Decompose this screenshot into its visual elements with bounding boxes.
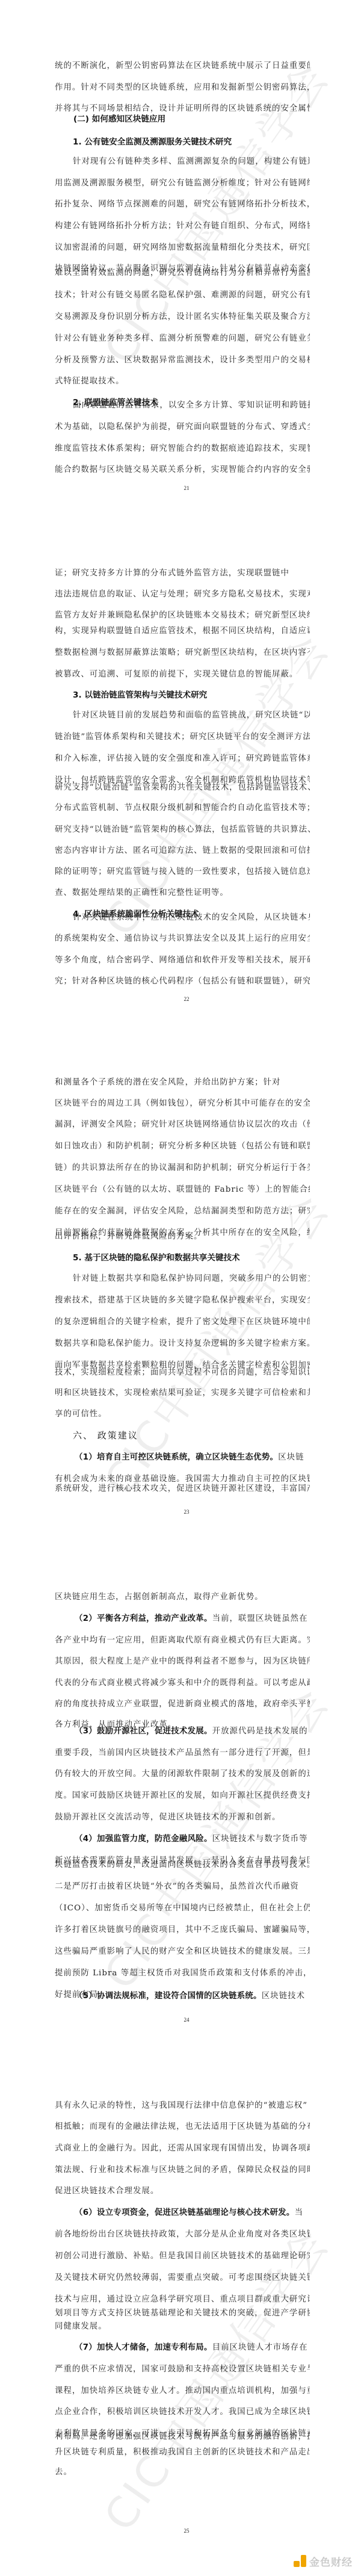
body-line: 技术；针对公有链交易匿名隐私保护强、难溯源的问题，研究公有链	[55, 290, 310, 301]
policy-item-label: （7）加快人才储备，加速专利布局。	[75, 2343, 212, 2352]
body-line: 漏洞，评测安全风险；研究针对区块链网络通信协议层次的攻击（例	[55, 1119, 310, 1130]
body-line: 分布式监管机制、节点权限分级机制和智能合约自动化监管技术等；	[55, 803, 310, 814]
body-line: 构建公有链网络拓扑分析方法；针对公有链自组织、分布式，网络协	[55, 221, 310, 232]
policy-item-text: 区块链	[278, 1453, 304, 1462]
body-line: 的系统架构安全、通信协议与共识算法安全以及其上运行的应用安全	[55, 933, 310, 944]
body-line: 代表的分布式商业模式将减少寡头和中介的既得利益。可以考虑从政	[55, 1678, 310, 1689]
policy-item-1: （1）培育自主可控区块链系统，确立区块链生态优势。区块链	[75, 1452, 310, 1463]
body-line: 针对链上数据共享和隐私保护协同问题，突破多用户的公钥密文	[73, 1274, 310, 1284]
body-line: 式商业上的金融行为。因此，还需从国家现有国情出发，协调各项政	[55, 2143, 310, 2154]
subsection-heading: 1. 公有链安全监测及溯源服务关键技术研究	[73, 137, 232, 147]
body-line: 相抵触；而现有的金融法律法规，也无法适用于区块链为基础的分布	[55, 2122, 310, 2132]
body-line: 利布局。还需考虑加强区块链技术与既有产品与服务的融合创新，提	[55, 2432, 310, 2442]
body-line: 这些骗局严重影响了人民的财产安全和区块链技术的健康发展。三是	[55, 1946, 310, 1957]
body-line: 证；研究支持多方计算的分布式链外监管方法，实现联盟链中	[55, 568, 310, 579]
policy-item-text: 当前，联盟区块链虽然在	[212, 1614, 308, 1623]
body-line: 区块链平台的周边工具（例如钱包），研究分析其中可能存在的安全	[55, 1098, 310, 1109]
watermark: CIC中国通信学会	[87, 2214, 342, 2541]
body-line: 促进区块链技术合理发展。	[55, 2186, 310, 2197]
body-line: 仍有较大的开放空间。大量的闭源软件限制了技术的发展及创新的速	[55, 1769, 310, 1780]
body-line: 府的角度扶持成立产业联盟，促进新商业模式的落地，政府牵头平衡	[55, 1699, 310, 1710]
body-line: 被篡改、可追溯、可复原的前提下，实现关键信息的智能屏蔽。	[55, 669, 310, 680]
body-line: 针对现有公有链种类多样、监测溯源复杂的问题，构建公有链通	[73, 156, 310, 167]
policy-item-5: （5）协调法规标准，建设符合国情的区块链系统。区块链技术	[75, 1991, 310, 2002]
policy-item-label: （3）鼓励开源社区，促进技术发展。	[75, 1727, 212, 1736]
body-line: 同健康发展。	[55, 2321, 310, 2332]
policy-item-text: 开放源代码是技术发展的	[212, 1727, 308, 1736]
body-line: 策法规、行业和技术标准与区块链之间的矛盾，保障民众权益的同时	[55, 2165, 310, 2176]
body-line: 链）的共识算法所存在的协议漏洞和防护机制；研究分析运行于各类	[55, 1163, 310, 1174]
policy-item-label: （6）设立专项资金，促进区块链基础理论与核心技术研发。	[75, 2208, 295, 2217]
body-line: 并将其与不同场景相结合，设计并证明所得的区块链系统的安全属性。	[55, 104, 310, 114]
body-line: 的复杂逻辑组合的关键字检索，提升了密文处理下在区块链环境中的	[55, 1317, 310, 1328]
body-line: 术为基础，以隐私保护为前提，研究面向联盟链的分布式、穿透式全	[55, 422, 310, 433]
body-line: 重要手段，当前国内区块链技术产品虽然有一部分进行了开源，但是	[55, 1748, 310, 1759]
body-line: 升区块链专利质量，积极推动我国自主创新的区块链技术和产品走出	[55, 2447, 310, 2458]
body-line: 研究支持“以链治链”监管架构的核心算法，包括监管链的共识算法、	[55, 825, 310, 835]
policy-item-label: （4）加强监管力度，防范金融风险。	[75, 1834, 212, 1844]
body-line: 和测量各个子系统的潜在安全风险，并给出防护方案；针对	[55, 1077, 310, 1088]
body-line: 块链监管技术的研发，改进面向区块链技术的各类监管手段与技术。	[55, 1860, 310, 1871]
body-line: （ICO）、加密货币交易所等在中国境内已经被禁止，但在社会上仍有	[55, 1903, 310, 1914]
body-line: 式特征提取技术。	[55, 376, 310, 387]
brand-logo-text: 金色财经	[309, 2554, 353, 2569]
page-number: 23	[0, 1509, 361, 1515]
body-line: 严重的供不应求情况，国家可鼓励和支持高校设置区块链相关专业与	[55, 2364, 310, 2375]
body-line: 能合约数据与区块链交易关联关系分析，实现智能合约内容的安全验	[55, 465, 310, 475]
body-line: 度。国家可鼓励区块链开源社区的发展，如向开源社区提供经费支持、	[55, 1791, 310, 1801]
policy-item-6: （6）设立专项资金，促进区块链基础理论与核心技术研发。当	[75, 2208, 310, 2218]
page-number: 21	[0, 485, 361, 491]
body-line: 作用。针对不同类型的区块链系统，应用和发掘新型公钥密码算法，	[55, 82, 310, 93]
body-line: 出评价指标，并研究降低风险的方案。	[55, 1231, 310, 1242]
body-line: 监管方友好并兼顾隐私保护的区块链账本交易技术；研究新型区块结	[55, 610, 310, 621]
body-line: 交易溯源及身份识别分析方法，设计匿名实体特征集关联及聚合方法；	[55, 312, 310, 323]
body-line: 如日蚀攻击）和防护机制；研究分析多种区块链（包括公有链和联盟	[55, 1141, 310, 1152]
body-line: 密态内容审计方法、匿名可追踪方法、链上数据的受限回滚和可信擦	[55, 846, 310, 856]
body-line: 鼓励开源社区交流活动等，促进区块链技术的开源和创新。	[55, 1812, 310, 1823]
section-heading: (二) 如何感知区块链应用	[73, 114, 165, 125]
body-line: 针对公有链业务种类多样、监测分析预警难的问题，研究公有链业务	[55, 333, 310, 344]
body-line: 技术，实现细粒度检索；面向共享过程不可信的问题，结合零知识证	[55, 1367, 310, 1378]
body-line: 提前预防 Libra 等超主权货币对我国货币政策和支付体系的冲击，做	[55, 1968, 310, 1979]
policy-item-text: 目前区块链人才市场存在	[212, 2343, 308, 2352]
body-line: 统的不断演化，新型公钥密码算法在区块链系统中展示了日益重要的	[55, 61, 310, 72]
body-line: 维度监管技术体系架构；研究智能合约的数据痕迹追踪技术，实现智	[55, 444, 310, 454]
body-line: 具有永久记录的特性，这与我国现行法律中信息保护的“被遗忘权”	[55, 2101, 310, 2111]
page-number: 24	[0, 2017, 361, 2023]
body-line: 拓扑复杂、网络节点探测难的问题，研究公有链网络拓扑分析技术，	[55, 199, 310, 210]
body-line: 搜索技术，搭建基于区块链的多关键字隐私保护搜索平台，实现安全	[55, 1295, 310, 1306]
body-line: 享的可信性。	[55, 1409, 310, 1420]
body-line: 及关键技术研究仍然较薄弱，需要重点突破。可考虑围绕区块链关键	[55, 2273, 310, 2283]
policy-item-label: （2）平衡各方利益，推动产业改革。	[75, 1614, 212, 1623]
policy-item-7: （7）加快人才储备，加速专利布局。目前区块链人才市场存在	[75, 2342, 310, 2353]
page-number: 25	[0, 2528, 361, 2534]
policy-item-label: （5）协调法规标准，建设符合国情的区块链系统。	[75, 1992, 262, 2001]
body-line: 去。	[55, 2467, 310, 2478]
body-line: 前各地纷纷出台区块链扶持政策，大部分是从企业角度对各类区块链	[55, 2229, 310, 2240]
policy-item-3: （3）鼓励开源社区，促进技术发展。开放源代码是技术发展的	[75, 1726, 310, 1737]
body-line: 各产业中均有一定应用，但距离取代原有商业模式仍有巨大距离。究	[55, 1635, 310, 1646]
body-line: 等多个角度，结合密码学、网络通信和软件开发等相关技术，展开研	[55, 955, 310, 966]
body-line: 分析及预警方法、区块数据异常监测技术，设计多类型用户的交易模	[55, 355, 310, 366]
policy-item-2: （2）平衡各方利益，推动产业改革。当前，联盟区块链虽然在	[75, 1614, 310, 1624]
policy-item-text: 当	[295, 2208, 303, 2217]
chapter-heading: 六、 政策建议	[73, 1430, 138, 1441]
body-line: 针对区块链目前的发展趋势和面临的监管挑战，研究区块链“以	[73, 710, 310, 721]
subsection-heading: 3. 以链治链监管架构与关键技术研究	[73, 690, 207, 701]
brand-logo: 金色财经	[294, 2554, 353, 2569]
body-line: 区块链应用生态，占据创新制高点，取得产业新优势。	[55, 1592, 310, 1603]
body-line: 能存在的安全漏洞，评估安全风险，总结漏洞类型和防范方法；研究	[55, 1206, 310, 1217]
body-line: 构，实现异构联盟链自适应监管技术，根据不同区块结构，自适应调	[55, 626, 310, 637]
jinse-logo-icon	[294, 2555, 307, 2568]
body-line: 区块链平台（公有链的以太坊、联盟链的 Fabric 等）上的智能合约可	[55, 1184, 310, 1195]
body-line: 难以全面有效监测的问题，研究公有链网络行为分析和异常行为监测	[55, 268, 310, 279]
body-line: 点企业合作，积极培训区块链技术开发人才。我国已成为全球区块链	[55, 2407, 310, 2418]
body-line: 究；针对各种区块链的核心代码程序（包括公有链和联盟链），研究	[55, 976, 310, 987]
body-line: 许多打着区块链旗号的融资项目，其中不乏庞氏骗局、蜜罐骗局等，	[55, 1925, 310, 1936]
body-line: 针对关键性系统中，应用区块链技术的安全风险，从区块链本身	[73, 912, 310, 923]
body-line: 明和区块链技术，实现检索结果可验证，实现多关键字可信检索和共	[55, 1388, 310, 1399]
watermark: CIC中国通信学会	[87, 48, 342, 374]
body-line: 初创公司进行激励、补贴。但是我国目前区块链技术的基础理论研究	[55, 2251, 310, 2262]
policy-item-text: 区块链技术与数字货币等	[212, 1834, 308, 1844]
body-line: 查、数据处理结果的正确性和完整性证明等。	[55, 888, 310, 899]
body-line: 和介入标准，评估接入链的安全强度和准入许可；研究跨链监管体系	[55, 754, 310, 764]
body-line: 数据共享和隐私保护能力。设计支持复杂逻辑的多关键字检索方案。	[55, 1339, 310, 1349]
policy-item-text: 区块链技术	[262, 1992, 305, 2001]
body-line: 二是严厉打击披着区块链“外衣”的各类骗局，虽然首次代币融资	[55, 1881, 310, 1892]
policy-item-4: （4）加强监管力度，防范金融风险。区块链技术与数字货币等	[75, 1834, 310, 1845]
body-line: 除的证明等；研究监管链与接入链的一致性要求，包括接入链信息巡	[55, 867, 310, 878]
body-line: 技术与应用，通过设立应急科学研究项目、重点项目群或重大研究计	[55, 2294, 310, 2305]
body-line: 系统研发，进行核心技术攻关，促进区块链开源社区建设，丰富国产	[55, 1484, 310, 1494]
subsection-heading: 5. 基于区块链的隐私保护和数据共享关键技术	[73, 1252, 240, 1263]
body-line: 面向联盟链的监管需求，以安全多方计算、零知识证明和跨链技	[73, 400, 310, 411]
body-line: 用监测及溯源服务模型，研究公有链监测分析维度；针对公有链网络	[55, 178, 310, 189]
policy-item-label: （1）培育自主可控区块链系统，确立区块链生态优势。	[75, 1453, 278, 1462]
body-line: 其原因，很大程度上是产业中的既得利益者不愿参与，因为区块链所	[55, 1656, 310, 1667]
body-line: 议加密混淆的问题，研究网络加密数据流量精细化分类技术，研究区	[55, 243, 310, 253]
body-line: 课程，加快培养区块链专业人才。推动国内重点培训机构，加强与重	[55, 2386, 310, 2397]
body-line: 链治链”监管体系架构和关键技术；研究区块链平台的安全测评方法	[55, 732, 310, 743]
body-line: 研究支持“以链治链”监管架构的共性关键技术，包括跨链监管技术、	[55, 782, 310, 793]
body-line: 违法违规信息的取证、认定与处理；研究多方隐私交易技术，实现对	[55, 589, 310, 600]
page-number: 22	[0, 996, 361, 1002]
body-line: 整数据检测与数据屏蔽算法策略；研究新型区块结构，在区块内容不	[55, 648, 310, 658]
body-line: 划项目等方式支持区块链基础理论和关键技术的突破，促进产学研协	[55, 2308, 310, 2319]
